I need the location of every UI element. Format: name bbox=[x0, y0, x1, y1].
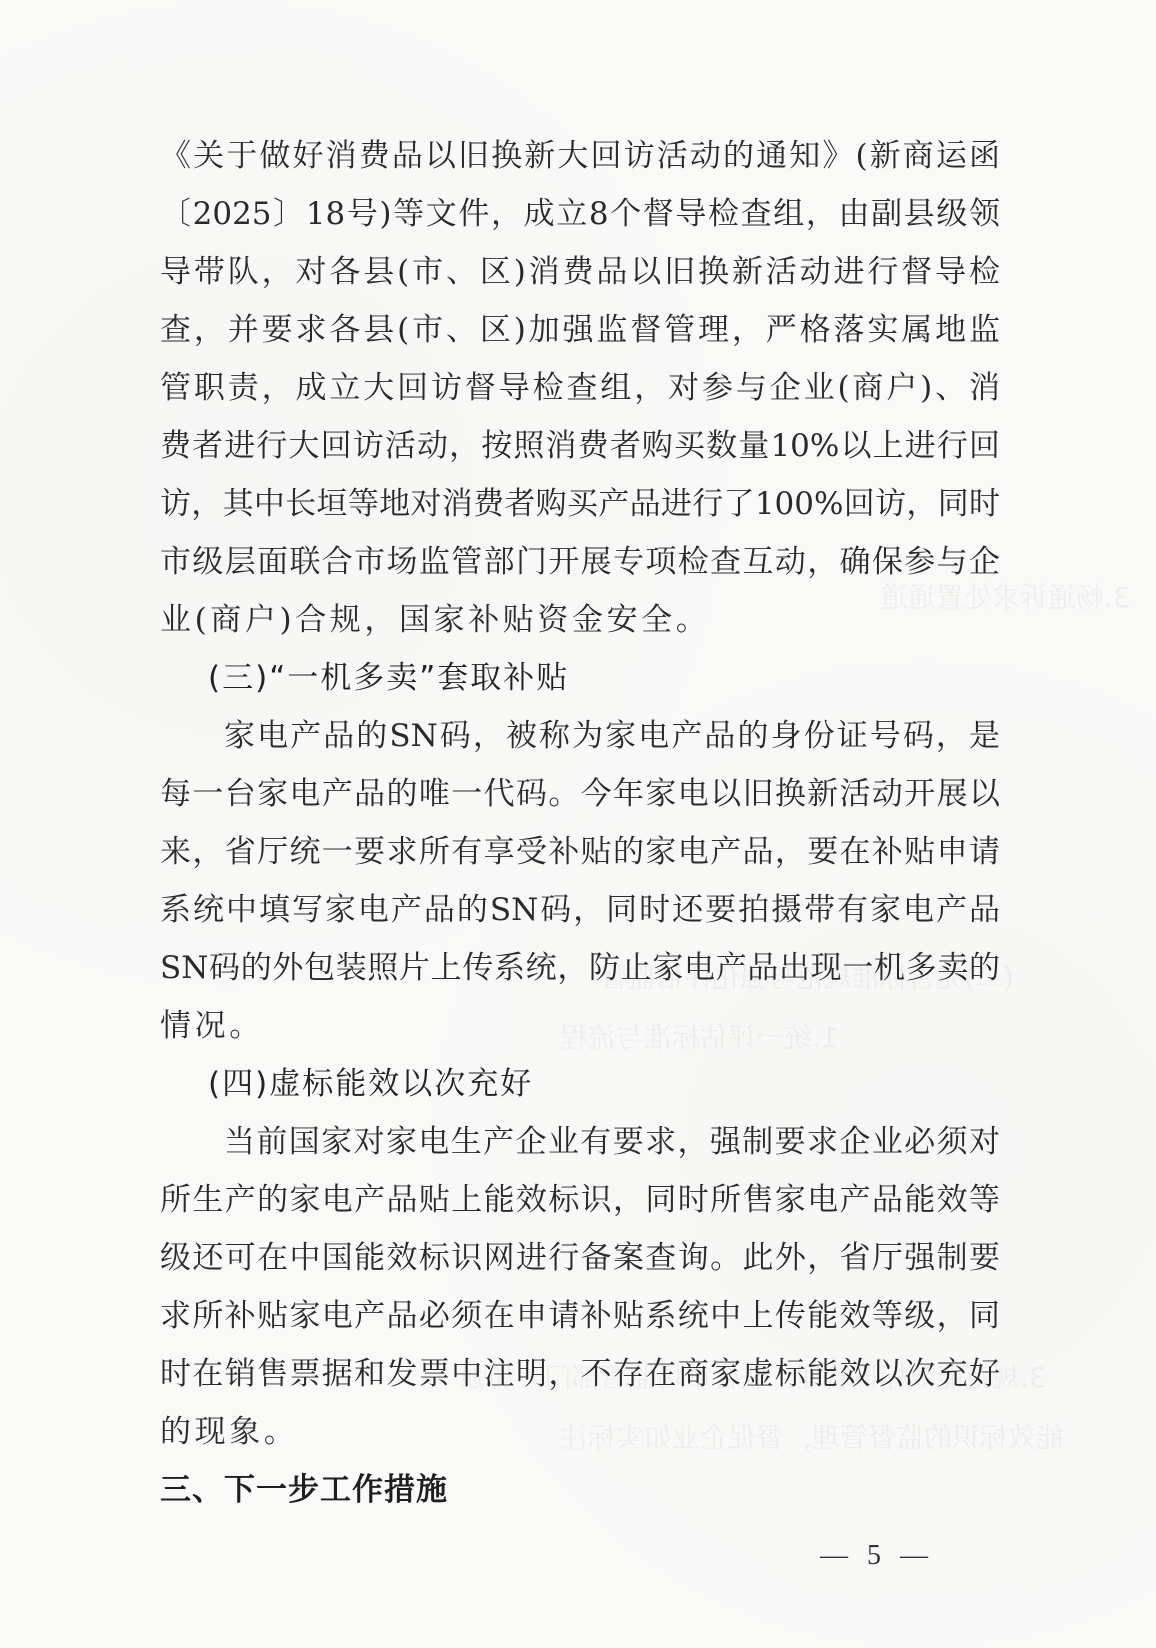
body-text-line: 业(商户)合规，国家补贴资金安全。 bbox=[160, 600, 1000, 640]
body-text-line: 时在销售票据和发票中注明，不存在商家虚标能效以次充好 bbox=[160, 1354, 1000, 1394]
body-text-line: 访，其中长垣等地对消费者购买产品进行了100%回访，同时 bbox=[160, 484, 1000, 524]
body-text-line: 级还可在中国能效标识网进行备案查询。此外，省厅强制要 bbox=[160, 1238, 1000, 1278]
document-page: 3.畅通诉求处置通道 (二)完善标准规范与强化评估监督 1.统一评估标准与流程 … bbox=[0, 0, 1156, 1648]
body-text-line: 〔2025〕18号)等文件，成立8个督导检查组，由副县级领 bbox=[160, 194, 1000, 234]
section-heading: 三、下一步工作措施 bbox=[160, 1470, 448, 1510]
body-text-line: 的现象。 bbox=[160, 1412, 1000, 1452]
body-text-line: 查，并要求各县(市、区)加强监督管理，严格落实属地监 bbox=[160, 310, 1000, 350]
body-text-line: SN码的外包装照片上传系统，防止家电产品出现一机多卖的 bbox=[160, 948, 1000, 988]
body-text-line: 导带队，对各县(市、区)消费品以旧换新活动进行督导检 bbox=[160, 252, 1000, 292]
body-text-line: 每一台家电产品的唯一代码。今年家电以旧换新活动开展以 bbox=[160, 774, 1000, 814]
body-text-line: 费者进行大回访活动，按照消费者购买数量10%以上进行回 bbox=[160, 426, 1000, 466]
body-text-line: 情况。 bbox=[160, 1006, 1000, 1046]
subsection-heading: (四)虚标能效以次充好 bbox=[208, 1064, 533, 1104]
body-text-line: 系统中填写家电产品的SN码，同时还要拍摄带有家电产品 bbox=[160, 890, 1000, 930]
body-text-line: 管职责，成立大回访督导检查组，对参与企业(商户)、消 bbox=[160, 368, 1000, 408]
body-text-line: 来，省厅统一要求所有享受补贴的家电产品，要在补贴申请 bbox=[160, 832, 1000, 872]
body-text-line: 市级层面联合市场监管部门开展专项检查互动，确保参与企 bbox=[160, 542, 1000, 582]
body-text-line: 当前国家对家电生产企业有要求，强制要求企业必须对 bbox=[224, 1122, 1000, 1162]
body-text-line: 家电产品的SN码，被称为家电产品的身份证号码，是 bbox=[224, 716, 1000, 756]
body-text-line: 所生产的家电产品贴上能效标识，同时所售家电产品能效等 bbox=[160, 1180, 1000, 1220]
subsection-heading: (三)“一机多卖”套取补贴 bbox=[208, 658, 569, 698]
page-number: — 5 — bbox=[820, 1538, 934, 1574]
body-text-line: 《关于做好消费品以旧换新大回访活动的通知》(新商运函 bbox=[160, 136, 1000, 176]
body-text-line: 求所补贴家电产品必须在申请补贴系统中上传能效等级，同 bbox=[160, 1296, 1000, 1336]
